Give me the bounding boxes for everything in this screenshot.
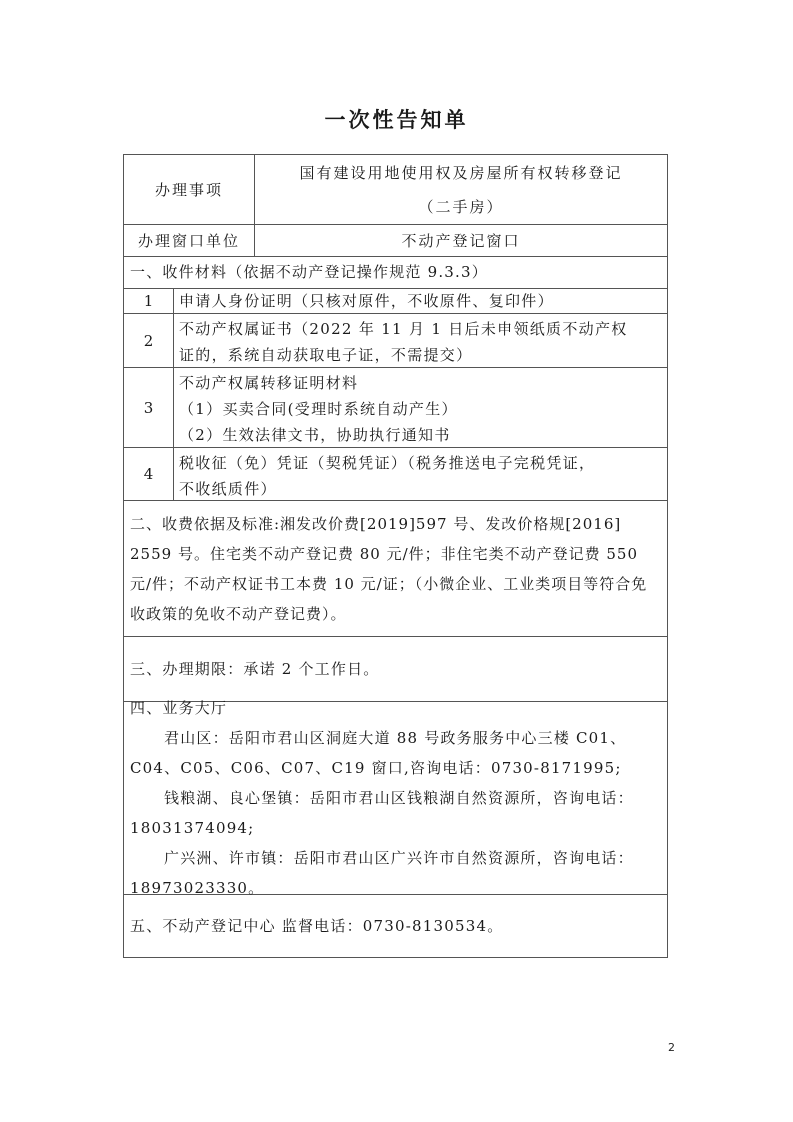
material-row-3: 3 不动产权属转移证明材料 （1）买卖合同(受理时系统自动产生） （2）生效法律… [124, 368, 667, 448]
material-text: 不动产权属转移证明材料 （1）买卖合同(受理时系统自动产生） （2）生效法律文书… [174, 368, 667, 447]
service-halls: 四、业务大厅 君山区：岳阳市君山区洞庭大道 88 号政务服务中心三楼 C01、C… [124, 693, 667, 903]
material-row-4: 4 税收征（免）凭证（契税凭证）（税务推送电子完税凭证， 不收纸质件） [124, 448, 667, 501]
material-line: 申请人身份证明（只核对原件，不收原件、复印件） [179, 291, 661, 312]
material-number: 1 [124, 289, 174, 313]
section5-row: 五、不动产登记中心 监督电话：0730-8130534。 [124, 895, 667, 957]
material-text: 税收征（免）凭证（契税凭证）（税务推送电子完税凭证， 不收纸质件） [174, 448, 667, 500]
material-text: 不动产权属证书（2022 年 11 月 1 日后未申领纸质不动产权 证的，系统自… [174, 314, 667, 367]
material-number: 2 [124, 314, 174, 367]
window-unit-label: 办理窗口单位 [124, 225, 255, 256]
hall-guangxingzhou: 广兴洲、许市镇：岳阳市君山区广兴许市自然资源所，咨询电话：18973023330… [130, 843, 661, 903]
matter-value-line1: 国有建设用地使用权及房屋所有权转移登记 [299, 156, 622, 190]
supervision-phone-text: 五、不动产登记中心 监督电话：0730-8130534。 [124, 913, 509, 940]
window-unit-value: 不动产登记窗口 [255, 225, 667, 256]
material-number: 3 [124, 368, 174, 447]
material-line: 税收征（免）凭证（契税凭证）（税务推送电子完税凭证， [179, 450, 661, 476]
notice-table: 办理事项 国有建设用地使用权及房屋所有权转移登记 （二手房） 办理窗口单位 不动… [123, 154, 668, 958]
material-number: 4 [124, 448, 174, 500]
processing-time-text: 三、办理期限：承诺 2 个工作日。 [124, 656, 385, 683]
material-row-2: 2 不动产权属证书（2022 年 11 月 1 日后未申领纸质不动产权 证的，系… [124, 314, 667, 368]
row-window-unit: 办理窗口单位 不动产登记窗口 [124, 225, 667, 257]
section1-heading-row: 一、收件材料（依据不动产登记操作规范 9.3.3） [124, 257, 667, 289]
page-number: 2 [668, 1041, 675, 1054]
matter-label: 办理事项 [124, 155, 255, 224]
row-matter: 办理事项 国有建设用地使用权及房屋所有权转移登记 （二手房） [124, 155, 667, 225]
material-text: 申请人身份证明（只核对原件，不收原件、复印件） [174, 289, 667, 314]
fee-standard-text: 二、收费依据及标准:湘发改价费[2019]597 号、发改价格规[2016] 2… [124, 509, 667, 629]
hall-junshan: 君山区：岳阳市君山区洞庭大道 88 号政务服务中心三楼 C01、C04、C05、… [130, 723, 661, 783]
service-halls-heading: 四、业务大厅 [130, 693, 661, 723]
material-line: 不收纸质件） [179, 476, 661, 502]
material-row-1: 1 申请人身份证明（只核对原件，不收原件、复印件） [124, 289, 667, 314]
hall-qianlianghu: 钱粮湖、良心堡镇：岳阳市君山区钱粮湖自然资源所，咨询电话：18031374094… [130, 783, 661, 843]
section2-row: 二、收费依据及标准:湘发改价费[2019]597 号、发改价格规[2016] 2… [124, 501, 667, 637]
material-line: （1）买卖合同(受理时系统自动产生） [179, 396, 661, 422]
section1-heading: 一、收件材料（依据不动产登记操作规范 9.3.3） [124, 259, 494, 286]
section4-row: 四、业务大厅 君山区：岳阳市君山区洞庭大道 88 号政务服务中心三楼 C01、C… [124, 702, 667, 895]
document-title: 一次性告知单 [0, 104, 793, 134]
material-line: （2）生效法律文书，协助执行通知书 [179, 422, 661, 448]
matter-value-line2: （二手房） [418, 190, 503, 224]
material-line: 不动产权属转移证明材料 [179, 370, 661, 396]
matter-value: 国有建设用地使用权及房屋所有权转移登记 （二手房） [255, 155, 667, 224]
material-line: 不动产权属证书（2022 年 11 月 1 日后未申领纸质不动产权 [179, 316, 661, 342]
material-line: 证的，系统自动获取电子证，不需提交） [179, 342, 661, 368]
